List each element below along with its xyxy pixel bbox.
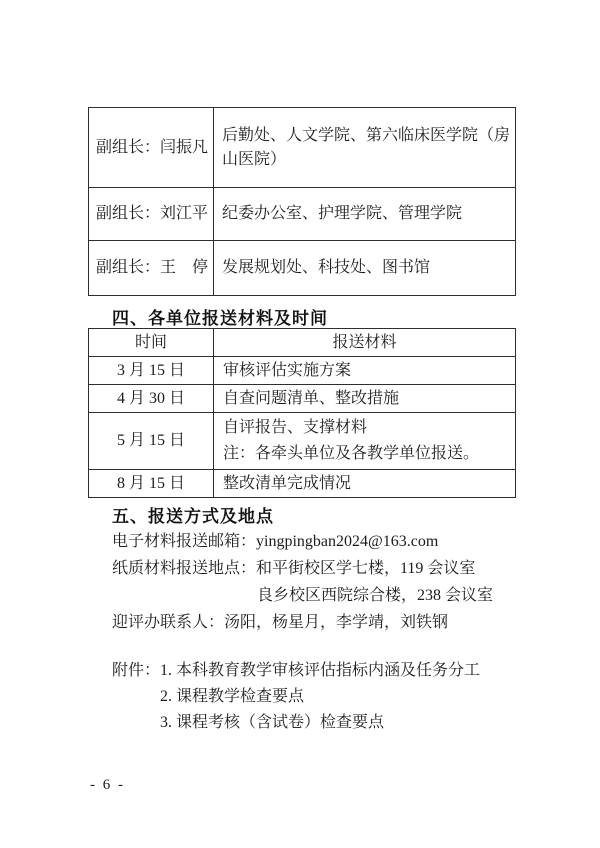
- table-row: 3 月 15 日 审核评估实施方案: [89, 357, 516, 385]
- time-column-header: 时间: [89, 329, 214, 357]
- paper-location-2: 良乡校区西院综合楼，238 会议室: [257, 587, 493, 604]
- material-note: 注：各牵头单位及各教学单位报送。: [223, 441, 513, 467]
- leader-role-cell: 副组长：刘江平: [89, 188, 214, 241]
- contacts-value: 汤阳，杨星月，李学靖，刘铁钢: [224, 614, 448, 631]
- leadership-table: 副组长：闫振凡 后勤处、人文学院、第六临床医学院（房山医院） 副组长：刘江平 纪…: [88, 107, 516, 296]
- attachment-item: 1. 本科教育教学审核评估指标内涵及任务分工: [160, 662, 480, 679]
- leader-role-cell: 副组长：王 停: [89, 241, 214, 296]
- section-four-heading: 四、各单位报送材料及时间: [112, 304, 328, 329]
- material-cell: 整改清单完成情况: [214, 470, 516, 498]
- attachments-label: 附件：: [112, 662, 160, 679]
- email-line: 电子材料报送邮箱：yingpingban2024@163.com: [112, 528, 493, 555]
- leader-units-cell: 纪委办公室、护理学院、管理学院: [214, 188, 516, 241]
- time-cell: 3 月 15 日: [89, 357, 214, 385]
- material-cell: 自查问题清单、整改措施: [214, 385, 516, 413]
- material-text: 自评报告、支撑材料: [223, 415, 513, 441]
- paper-location-1: 和平街校区学七楼，119 会议室: [256, 560, 475, 577]
- table-row: 副组长：王 停 发展规划处、科技处、图书馆: [89, 241, 516, 296]
- time-cell: 4 月 30 日: [89, 385, 214, 413]
- leader-units-cell: 发展规划处、科技处、图书馆: [214, 241, 516, 296]
- submission-details: 电子材料报送邮箱：yingpingban2024@163.com 纸质材料报送地…: [112, 528, 493, 636]
- table-row: 副组长：刘江平 纪委办公室、护理学院、管理学院: [89, 188, 516, 241]
- leader-role-cell: 副组长：闫振凡: [89, 108, 214, 188]
- paper-location-line-2: 良乡校区西院综合楼，238 会议室: [112, 582, 493, 609]
- attachment-line: 附件：1. 本科教育教学审核评估指标内涵及任务分工: [112, 658, 480, 684]
- table-row: 5 月 15 日 自评报告、支撑材料 注：各牵头单位及各教学单位报送。: [89, 413, 516, 470]
- email-value: yingpingban2024@163.com: [256, 533, 438, 550]
- attachment-line: 3. 课程考核（含试卷）检查要点: [112, 710, 480, 736]
- table-row: 4 月 30 日 自查问题清单、整改措施: [89, 385, 516, 413]
- attachments-block: 附件：1. 本科教育教学审核评估指标内涵及任务分工 2. 课程教学检查要点 3.…: [112, 658, 480, 736]
- attachment-line: 2. 课程教学检查要点: [112, 684, 480, 710]
- table-row: 副组长：闫振凡 后勤处、人文学院、第六临床医学院（房山医院）: [89, 108, 516, 188]
- section-five-heading: 五、报送方式及地点: [112, 502, 274, 527]
- time-cell: 5 月 15 日: [89, 413, 214, 470]
- time-cell: 8 月 15 日: [89, 470, 214, 498]
- leader-units-cell: 后勤处、人文学院、第六临床医学院（房山医院）: [214, 108, 516, 188]
- schedule-table: 时间 报送材料 3 月 15 日 审核评估实施方案 4 月 30 日 自查问题清…: [88, 328, 516, 498]
- contacts-line: 迎评办联系人：汤阳，杨星月，李学靖，刘铁钢: [112, 609, 493, 636]
- material-column-header: 报送材料: [214, 329, 516, 357]
- contacts-label: 迎评办联系人：: [112, 614, 224, 631]
- paper-label: 纸质材料报送地点：: [112, 560, 256, 577]
- table-header-row: 时间 报送材料: [89, 329, 516, 357]
- email-label: 电子材料报送邮箱：: [112, 533, 256, 550]
- attachment-item: 3. 课程考核（含试卷）检查要点: [160, 714, 384, 731]
- material-cell: 审核评估实施方案: [214, 357, 516, 385]
- attachment-item: 2. 课程教学检查要点: [160, 688, 304, 705]
- paper-location-line-1: 纸质材料报送地点：和平街校区学七楼，119 会议室: [112, 555, 493, 582]
- document-page: 副组长：闫振凡 后勤处、人文学院、第六临床医学院（房山医院） 副组长：刘江平 纪…: [0, 0, 600, 848]
- table-row: 8 月 15 日 整改清单完成情况: [89, 470, 516, 498]
- material-cell: 自评报告、支撑材料 注：各牵头单位及各教学单位报送。: [214, 413, 516, 470]
- page-number: - 6 -: [90, 777, 125, 794]
